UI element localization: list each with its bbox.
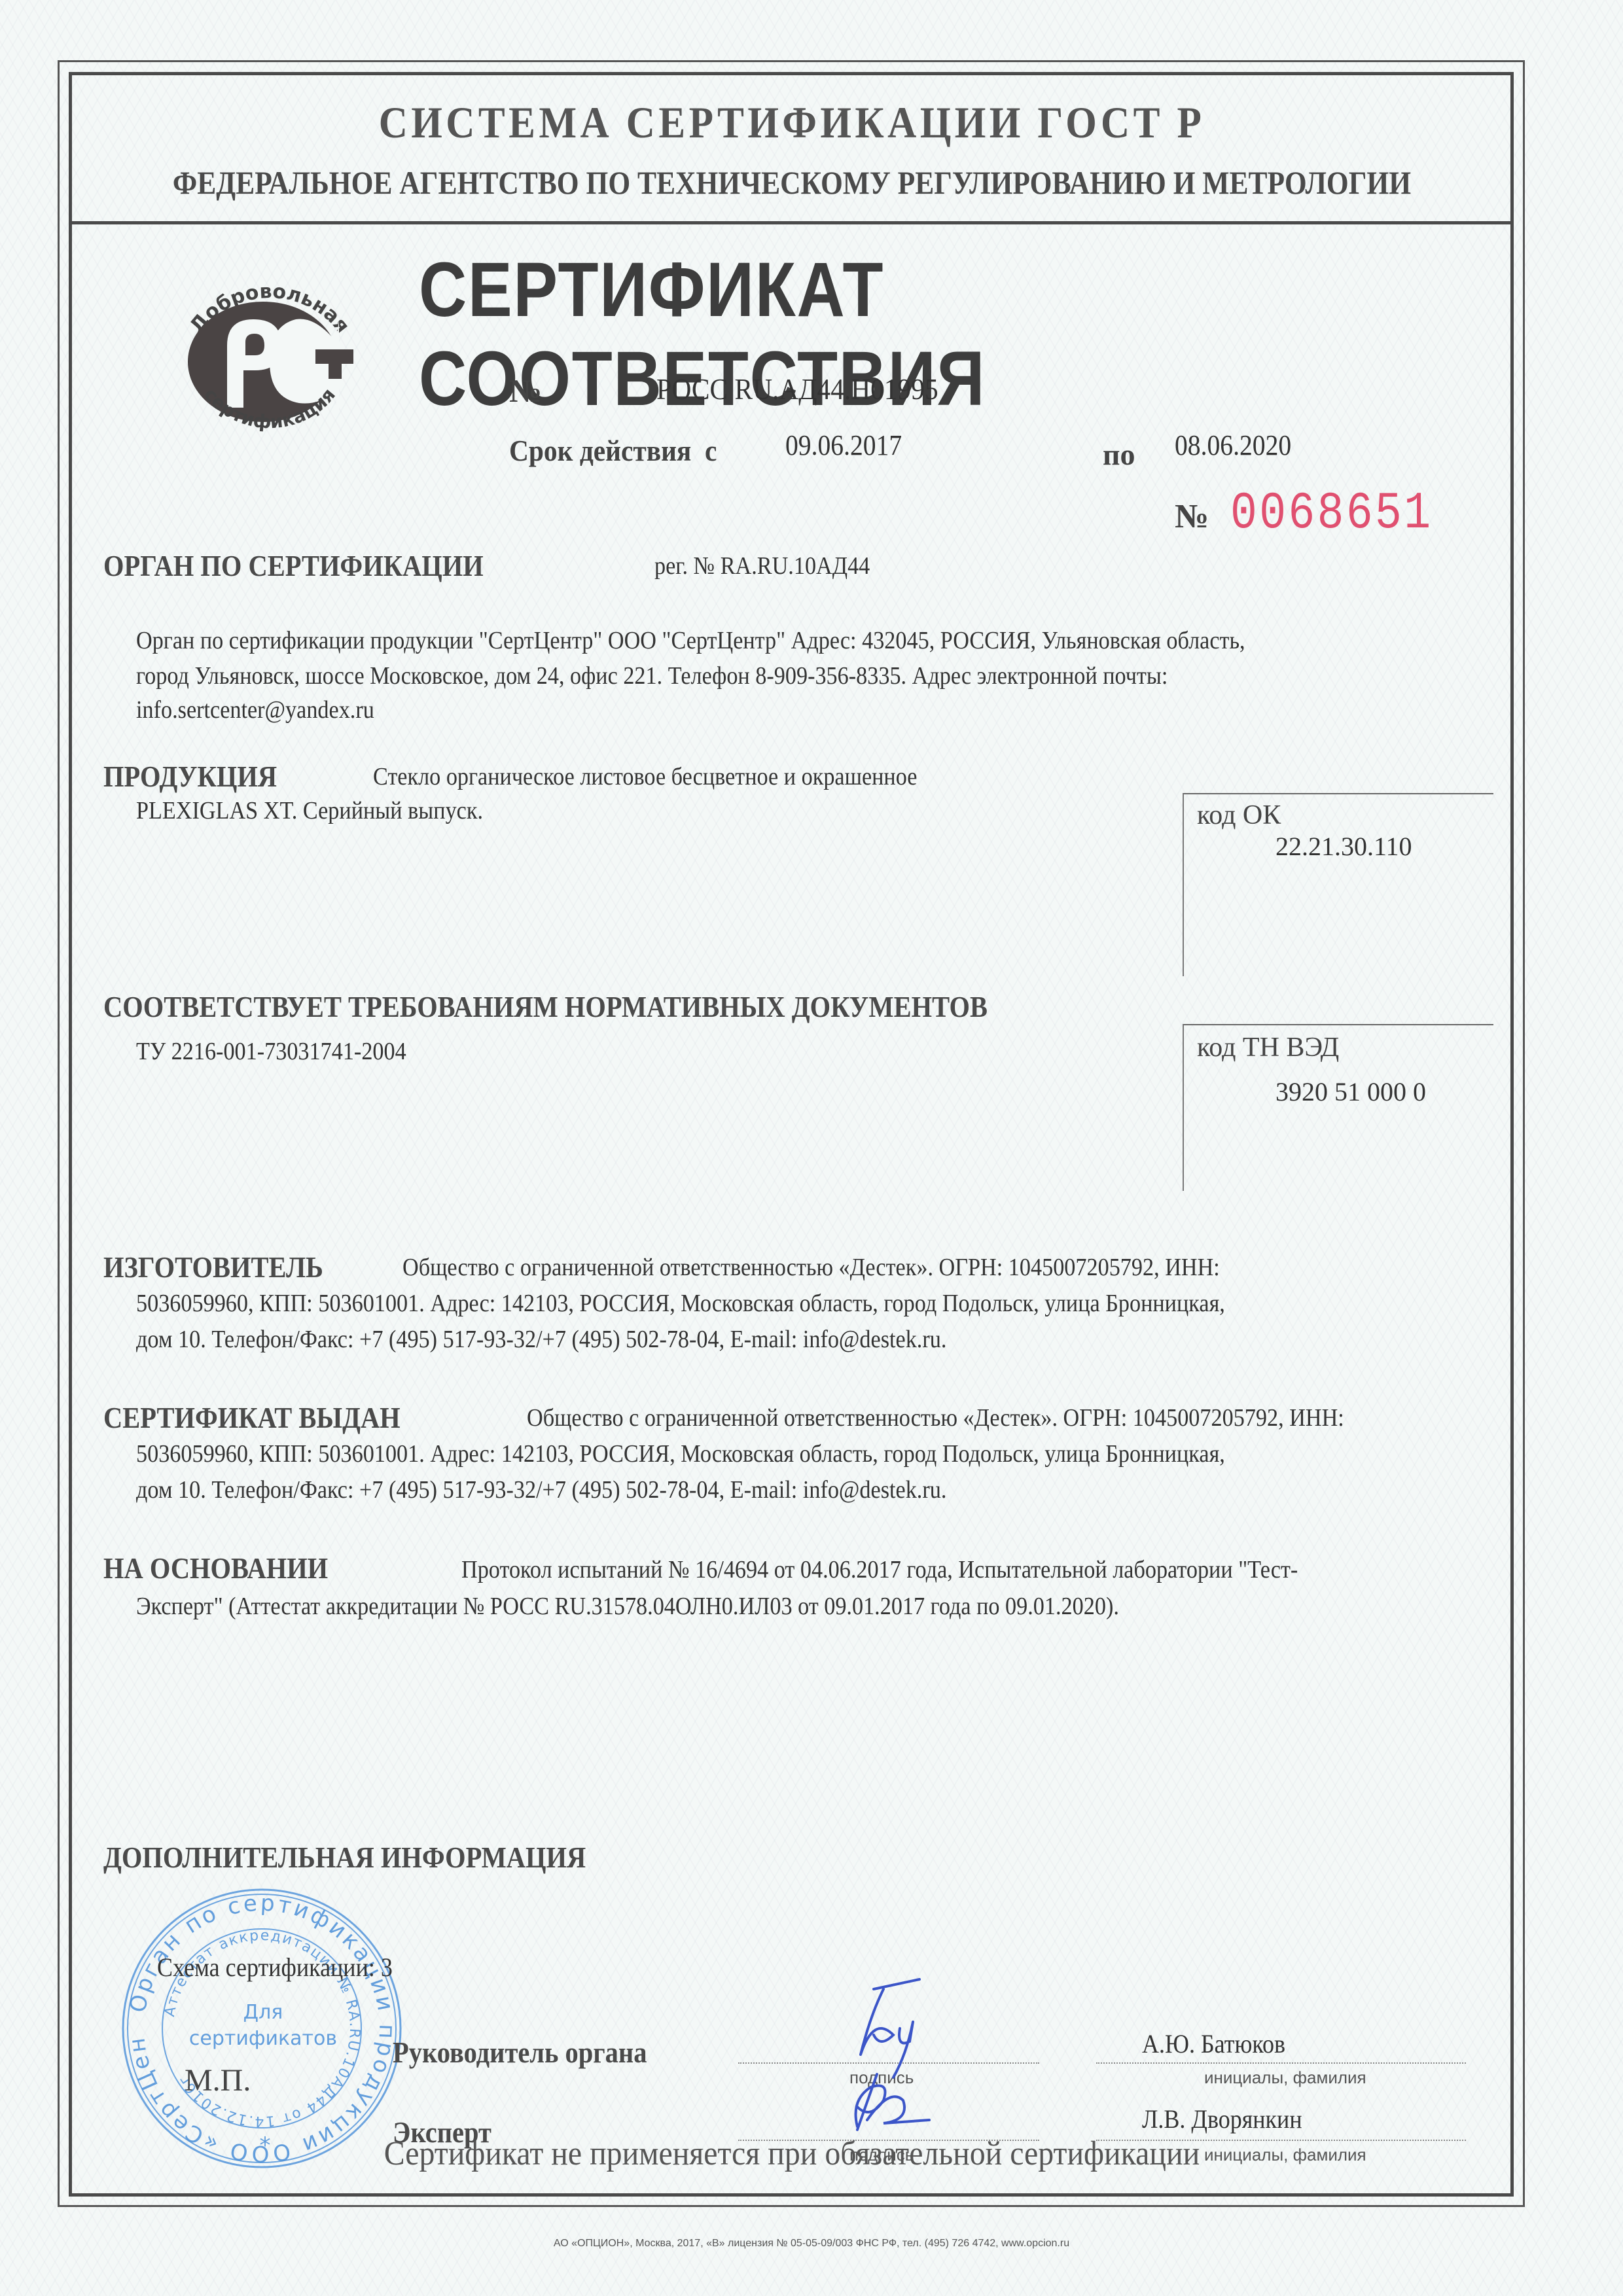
conformity-document: ТУ 2216-001-73031741-2004 [136, 1034, 406, 1069]
manufacturer-line-1: Общество с ограниченной ответственностью… [402, 1250, 1220, 1285]
code-ok-value: 22.21.30.110 [1275, 831, 1493, 862]
valid-from-date: 09.06.2017 [785, 429, 902, 462]
system-title: СИСТЕМА СЕРТИФИКАЦИИ ГОСТ Р [144, 97, 1440, 149]
valid-to-date: 08.06.2020 [1175, 429, 1291, 462]
head-name-caption: инициалы, фамилия [1204, 2068, 1366, 2088]
rst-logo-icon: Добровольная сертификация [171, 254, 368, 450]
code-tnved-value: 3920 51 000 0 [1275, 1076, 1493, 1107]
code-ok-box: код ОК 22.21.30.110 [1183, 793, 1493, 976]
product-line-1: Стекло органическое листовое бесцветное … [373, 759, 917, 794]
manufacturer-line-2: 5036059960, КПП: 503601001. Адрес: 14210… [136, 1286, 1225, 1321]
code-tnved-label: код ТН ВЭД [1197, 1032, 1493, 1063]
manufacturer-heading: ИЗГОТОВИТЕЛЬ [103, 1250, 323, 1284]
head-name: А.Ю. Батюков [1142, 2028, 1285, 2059]
issued-to-line-1: Общество с ограниченной ответственностью… [527, 1400, 1344, 1436]
issued-to-heading: СЕРТИФИКАТ ВЫДАН [103, 1400, 401, 1435]
certification-body-line-1: Орган по сертификации продукции "СертЦен… [136, 623, 1245, 658]
certification-body-reg: рег. № RA.RU.10АД44 [654, 548, 870, 584]
additional-info-heading: ДОПОЛНИТЕЛЬНАЯ ИНФОРМАЦИЯ [103, 1840, 586, 1875]
code-tnved-box: код ТН ВЭД 3920 51 000 0 [1183, 1024, 1493, 1191]
head-name-line [1096, 2062, 1466, 2064]
to-label: по [1103, 437, 1135, 472]
conformity-heading: СООТВЕТСТВУЕТ ТРЕБОВАНИЯМ НОРМАТИВНЫХ ДО… [103, 989, 988, 1024]
seal-label: М.П. [185, 2062, 251, 2098]
serial-number: 0068651 [1230, 484, 1433, 544]
product-heading: ПРОДУКЦИЯ [103, 759, 277, 794]
expert-signature-icon [831, 2061, 949, 2140]
certification-body-line-2: город Ульяновск, шоссе Московское, дом 2… [136, 658, 1168, 694]
stamp-center-2: сертификатов [189, 2027, 337, 2050]
footer-note: Сертификат не применяется при обязательн… [130, 2134, 1454, 2173]
certification-body-heading: ОРГАН ПО СЕРТИФИКАЦИИ [103, 548, 484, 583]
agency-title: ФЕДЕРАЛЬНОЕ АГЕНТСТВО ПО ТЕХНИЧЕСКОМУ РЕ… [166, 164, 1418, 202]
manufacturer-line-3: дом 10. Телефон/Факс: +7 (495) 517-93-32… [136, 1322, 946, 1357]
certificate-number: РОСС RU.АД44.Н01995 [656, 372, 938, 406]
certification-body-line-3: info.sertcenter@yandex.ru [136, 692, 374, 728]
product-line-2: PLEXIGLAS XT. Серийный выпуск. [136, 793, 483, 828]
validity-label: Срок действия с [509, 433, 717, 468]
stamp-center-1: Для [243, 2001, 283, 2024]
number-label: № [509, 372, 542, 410]
header-divider [72, 221, 1510, 224]
validity-text: Срок действия [509, 434, 691, 467]
issued-to-line-2: 5036059960, КПП: 503601001. Адрес: 14210… [136, 1436, 1225, 1472]
code-ok-label: код ОК [1197, 800, 1493, 831]
expert-name: Л.В. Дворянкин [1142, 2104, 1302, 2134]
head-label: Руководитель органа [393, 2035, 647, 2070]
printer-info: АО «ОПЦИОН», Москва, 2017, «В» лицензия … [0, 2238, 1623, 2250]
basis-heading: НА ОСНОВАНИИ [103, 1551, 328, 1585]
basis-line-2: Эксперт" (Аттестат аккредитации № РОСС R… [136, 1589, 1119, 1624]
footer-divider [72, 2193, 1510, 2197]
serial-label: № [1175, 497, 1209, 536]
seal-stamp-icon: Орган по сертификации продукции ООО «Сер… [118, 1884, 406, 2172]
certification-scheme: Схема сертификации: 3 [157, 1950, 393, 1985]
issued-to-line-3: дом 10. Телефон/Факс: +7 (495) 517-93-32… [136, 1472, 946, 1508]
from-label: с [705, 434, 717, 467]
basis-line-1: Протокол испытаний № 16/4694 от 04.06.20… [461, 1552, 1298, 1587]
